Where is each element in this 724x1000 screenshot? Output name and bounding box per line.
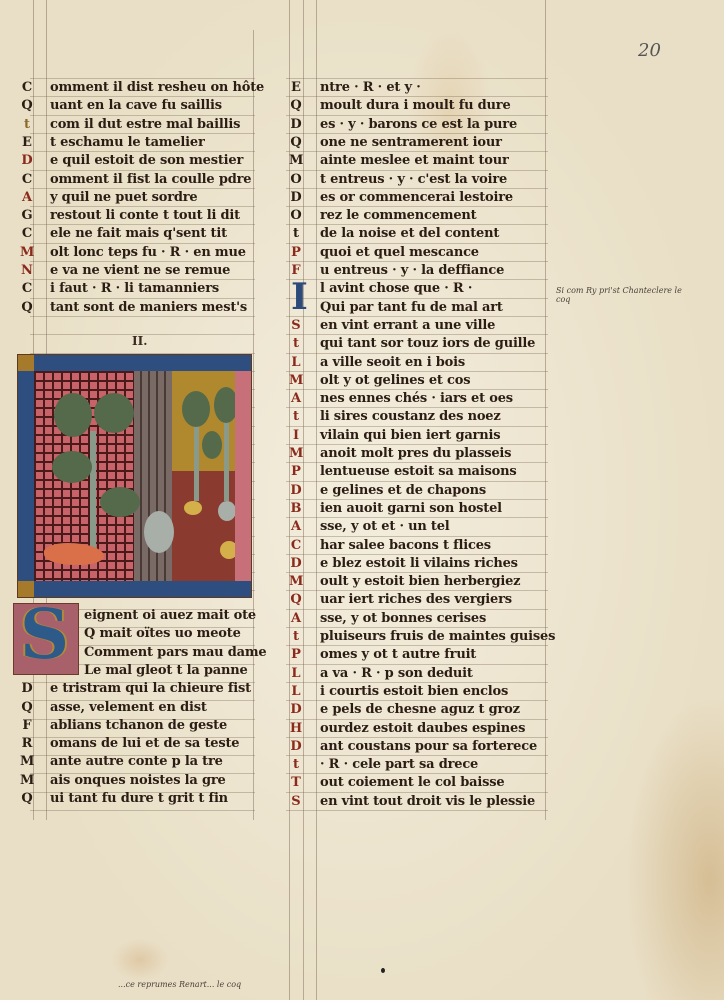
text-line: e gelines et de chapons [320, 482, 486, 500]
text-line: e tristram qui la chieure fist [50, 680, 251, 698]
tree-icon [94, 393, 134, 433]
text-line: uar iert riches des vergiers [320, 591, 512, 609]
text-line: omment il fist la coulle pdre [50, 171, 251, 189]
text-line: oult y estoit bien herbergiez [320, 573, 520, 591]
text-line: omes y ot t autre fruit [320, 646, 476, 664]
line-initial: O [289, 207, 303, 225]
text-line: Q mait oïtes uo meote [84, 625, 241, 643]
line-initial: t [289, 628, 303, 646]
text-line: Comment pars mau dame [84, 644, 267, 662]
line-initial: D [20, 680, 34, 698]
text-line: a va · R · p son deduit [320, 665, 473, 683]
line-initial: D [289, 738, 303, 756]
line-initial: C [20, 171, 34, 189]
tree-icon [202, 431, 222, 459]
border-pink [235, 371, 251, 581]
line-initial: A [289, 518, 303, 536]
text-line: ainte meslee et maint tour [320, 152, 509, 170]
text-line: en vint errant a une ville [320, 317, 495, 335]
text-line: ante autre conte p la tre [50, 753, 223, 771]
text-line: har salee bacons t flices [320, 537, 491, 555]
text-line: anoit molt pres du plasseis [320, 445, 511, 463]
text-line: t eschamu le tamelier [50, 134, 205, 152]
line-initial: G [20, 207, 34, 225]
line-initial: Q [20, 299, 34, 317]
decorated-initial-s: S [14, 604, 78, 674]
text-line: es or commencerai lestoire [320, 189, 513, 207]
miniature-fox-and-cockerel [18, 355, 251, 597]
text-line: sse, y ot bonnes cerises [320, 610, 486, 628]
text-line: uant en la cave fu saillis [50, 97, 222, 115]
ink-dot [381, 968, 385, 973]
text-line: one ne sentramerent iour [320, 134, 502, 152]
text-line: e quil estoit de son mestier [50, 152, 243, 170]
line-initial: L [289, 665, 303, 683]
line-initial: P [289, 646, 303, 664]
line-initial: Q [289, 97, 303, 115]
line-initial: H [289, 720, 303, 738]
text-line: eignent oi auez mait ote [84, 607, 256, 625]
tree-icon [52, 451, 92, 483]
line-initial: M [289, 445, 303, 463]
line-initial: D [289, 555, 303, 573]
text-line: ablians tchanon de geste [50, 717, 227, 735]
text-line: e va ne vient ne se remue [50, 262, 230, 280]
text-line: ntre · R · et y · [320, 79, 421, 97]
text-line: out coiement le col baisse [320, 774, 504, 792]
ruling-line [316, 0, 317, 1000]
line-initial: D [289, 482, 303, 500]
text-line: ais onques noistes la gre [50, 772, 226, 790]
line-initial: Q [20, 699, 34, 717]
text-line: qui tant sor touz iors de guille [320, 335, 535, 353]
tree-icon [100, 487, 140, 517]
tree-icon [54, 393, 92, 437]
line-initial: t [289, 225, 303, 243]
line-initial: M [289, 573, 303, 591]
line-initial: M [20, 244, 34, 262]
text-line: a ville seoit en i bois [320, 354, 465, 372]
margin-note-right: Si com Ry pri'st Chanteclere le coq [556, 286, 686, 304]
line-initial: N [20, 262, 34, 280]
line-initial: B [289, 500, 303, 518]
line-initial: E [20, 134, 34, 152]
line-initial: D [289, 701, 303, 719]
line-initial: C [289, 537, 303, 555]
text-line: restout li conte t tout li dit [50, 207, 240, 225]
line-initial: S [289, 793, 303, 811]
margin-note-bottom: ...ce reprumes Renart... le coq [118, 980, 241, 989]
text-line: ele ne fait mais q'sent tit [50, 225, 227, 243]
line-initial: Q [20, 97, 34, 115]
text-line: li sires coustanz des noez [320, 408, 501, 426]
text-line: u entreus · y · la deffiance [320, 262, 504, 280]
text-line: de la noise et del content [320, 225, 499, 243]
line-initial: D [20, 152, 34, 170]
line-initial: D [289, 116, 303, 134]
tree-icon [214, 387, 235, 423]
line-initial: I [289, 427, 303, 445]
line-initial: F [20, 717, 34, 735]
line-initial: A [289, 390, 303, 408]
text-line: l avint chose que · R · [320, 280, 472, 298]
line-initial: t [289, 756, 303, 774]
line-initial: t [20, 116, 34, 134]
text-line: olt y ot gelines et cos [320, 372, 470, 390]
line-initial: t [289, 408, 303, 426]
ruling-line [303, 0, 304, 1000]
line-initial: S [289, 317, 303, 335]
line-initial: R [20, 735, 34, 753]
line-initial: A [289, 610, 303, 628]
text-line: tant sont de maniers mest's [50, 299, 247, 317]
text-line: y quil ne puet sordre [50, 189, 197, 207]
line-initial: M [289, 152, 303, 170]
line-initial: C [20, 280, 34, 298]
line-initial: M [20, 753, 34, 771]
line-initial: C [20, 225, 34, 243]
text-line: e pels de chesne aguz t groz [320, 701, 520, 719]
corner-ornament [18, 355, 34, 371]
hen-icon [218, 501, 235, 521]
line-initial: E [289, 79, 303, 97]
text-line: · R · cele part sa drece [320, 756, 478, 774]
ruling-line [30, 353, 255, 354]
text-line: rez le commencement [320, 207, 476, 225]
text-line: ourdez estoit daubes espines [320, 720, 525, 738]
line-initial: T [289, 774, 303, 792]
text-line: es · y · barons ce est la pure [320, 116, 517, 134]
text-line: ant coustans pour sa forterece [320, 738, 537, 756]
line-initial: M [289, 372, 303, 390]
text-line: ien auoit garni son hostel [320, 500, 502, 518]
text-line: ui tant fu dure t grit t fin [50, 790, 228, 808]
hen-icon [220, 541, 235, 559]
text-line: Le mal gleot t la panne [84, 662, 248, 680]
text-line: omans de lui et de sa teste [50, 735, 239, 753]
text-line: Qui par tant fu de mal art [320, 299, 503, 317]
ruling-line [30, 810, 255, 811]
text-line: moult dura i moult fu dure [320, 97, 511, 115]
text-line: i courtis estoit bien enclos [320, 683, 508, 701]
line-initial: t [289, 335, 303, 353]
text-line: e blez estoit li vilains riches [320, 555, 518, 573]
text-line: vilain qui bien iert garnis [320, 427, 500, 445]
text-line: pluiseurs fruis de maintes guises [320, 628, 555, 646]
text-line: asse, velement en dist [50, 699, 207, 717]
line-initial: P [289, 463, 303, 481]
line-initial: O [289, 171, 303, 189]
line-initial: D [289, 189, 303, 207]
text-line: nes ennes chés · iars et oes [320, 390, 513, 408]
text-line: olt lonc teps fu · R · en mue [50, 244, 246, 262]
text-line: lentueuse estoit sa maisons [320, 463, 516, 481]
line-initial: Q [20, 790, 34, 808]
folio-number: 20 [638, 40, 661, 61]
text-line: omment il dist resheu on hôte [50, 79, 264, 97]
text-line: i faut · R · li tamanniers [50, 280, 219, 298]
text-line: sse, y ot et · un tel [320, 518, 450, 536]
line-initial: Q [289, 134, 303, 152]
ruling-line [545, 0, 546, 820]
line-initial: F [289, 262, 303, 280]
tree-icon [182, 391, 210, 427]
ruling-line [253, 30, 254, 820]
line-initial: P [289, 244, 303, 262]
line-initial: A [20, 189, 34, 207]
line-initial: Q [289, 591, 303, 609]
hen-icon [184, 501, 202, 515]
line-initial: M [20, 772, 34, 790]
text-line: quoi et quel mescance [320, 244, 479, 262]
rooster-icon [144, 511, 174, 553]
text-line: t entreus · y · c'est la voire [320, 171, 507, 189]
text-line: en vint tout droit vis le plessie [320, 793, 535, 811]
decorated-initial-i: I [291, 280, 307, 314]
line-initial: L [289, 683, 303, 701]
line-initial: L [289, 354, 303, 372]
line-initial: C [20, 79, 34, 97]
text-line: com il dut estre mal baillis [50, 116, 240, 134]
rubric-number: II. [132, 334, 147, 348]
